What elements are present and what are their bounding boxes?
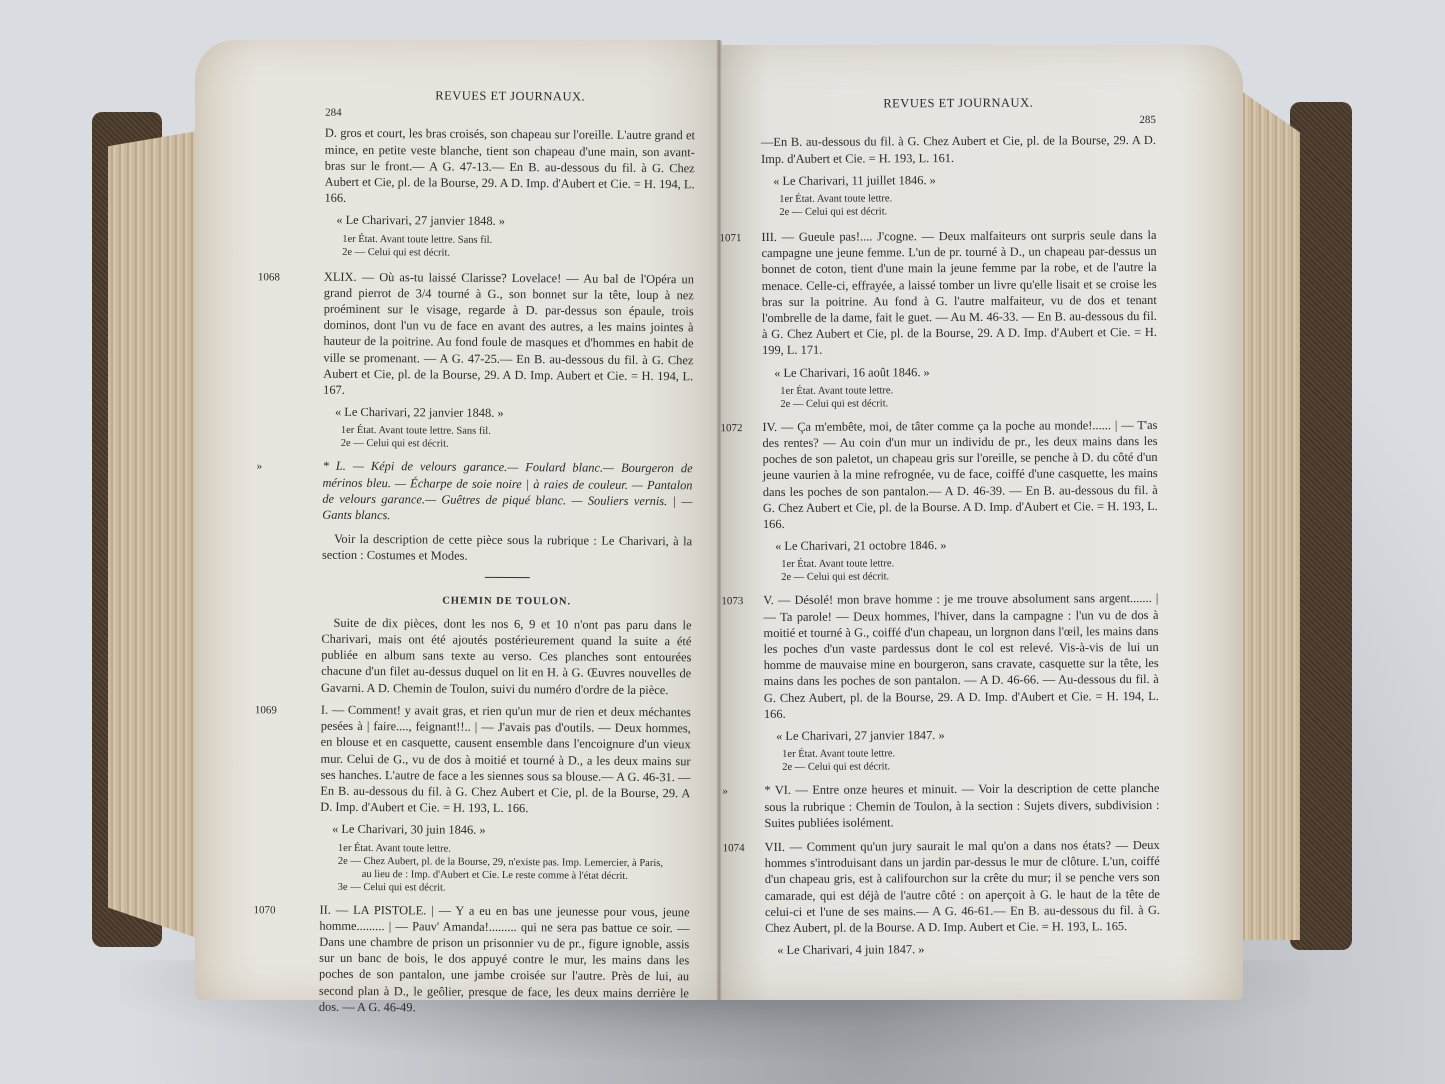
running-header: REVUES ET JOURNAUX. (761, 94, 1156, 112)
entry-number: 1070 (253, 902, 275, 918)
see-also-note: Voir la description de cette pièce sous … (322, 531, 692, 566)
entry-text: I. — Comment! y avait gras, et rien qu'u… (320, 702, 691, 818)
entry-text: * L. — Képi de velours garance.— Foulard… (322, 458, 692, 525)
page-number: 285 (761, 112, 1156, 130)
entry-text: * VI. — Entre onze heures et minuit. — V… (764, 780, 1159, 831)
catalogue-entry-1071: 1071 III. — Gueule pas!.... J'cogne. — D… (761, 227, 1157, 411)
entry-number: 1068 (258, 269, 280, 285)
running-header: REVUES ET JOURNAUX. (325, 87, 695, 106)
entry-number: 1071 (719, 230, 741, 246)
entry-text: V. — Désolé! mon brave homme : je me tro… (763, 590, 1159, 722)
catalogue-entry-VI: » * VI. — Entre onze heures et minuit. —… (764, 780, 1159, 831)
page-edges-right (1240, 90, 1300, 940)
state-item: 2e — Celui qui est décrit. (764, 759, 1159, 774)
entry-number: 1073 (721, 594, 743, 610)
catalogue-entry-1069: 1069 I. — Comment! y avait gras, et rien… (320, 702, 691, 896)
book-gutter (716, 40, 722, 1000)
page-edges-left (108, 130, 203, 940)
state-item: 3e — Celui qui est décrit. (320, 880, 690, 896)
entry-text: II. — LA PISTOLE. | — Y a eu en bas une … (319, 901, 690, 1017)
entry-text: III. — Gueule pas!.... J'cogne. — Deux m… (761, 227, 1157, 359)
page-number: 284 (325, 105, 695, 124)
catalogue-entry-1074: 1074 VII. — Comment qu'un jury saurait l… (765, 837, 1161, 958)
states-list: 1er État. Avant toute lettre. 2e — Celui… (761, 191, 1156, 219)
state-item: 2e — Celui qui est décrit. (761, 204, 1156, 219)
left-page: REVUES ET JOURNAUX. 284 D. gros et court… (195, 40, 722, 1000)
publication-quote: « Le Charivari, 11 juillet 1846. » (761, 171, 1156, 189)
entry-number: 1074 (723, 840, 745, 856)
publication-quote: « Le Charivari, 4 juin 1847. » (765, 940, 1160, 958)
continuation-text: D. gros et court, les bras croisés, son … (324, 125, 695, 209)
entry-number: 1072 (720, 420, 742, 436)
publication-quote: « Le Charivari, 21 octobre 1846. » (763, 536, 1158, 554)
section-title: CHEMIN DE TOULON. (322, 592, 692, 611)
catalogue-entry-1068: 1068 XLIX. — Où as-tu laissé Clarisse? L… (323, 268, 694, 452)
continuation-text: —En B. au-dessous du fil. à G. Chez Aube… (761, 132, 1156, 166)
entry-number: » (722, 784, 728, 800)
section-divider (484, 577, 529, 578)
entry-number: 1069 (255, 702, 277, 718)
entry-text: IV. — Ça m'embête, moi, de tâter comme ç… (762, 417, 1158, 532)
publication-quote: « Le Charivari, 30 juin 1846. » (320, 821, 690, 840)
right-page: REVUES ET JOURNAUX. 285 —En B. au-dessou… (718, 45, 1243, 1000)
state-item: 2e — Celui qui est décrit. (323, 437, 693, 453)
publication-quote: « Le Charivari, 27 janvier 1847. » (764, 726, 1159, 744)
section-intro: Suite de dix pièces, dont les nos 6, 9 e… (321, 615, 692, 699)
states-list: 1er État. Avant toute lettre. Sans fil. … (324, 232, 694, 261)
publication-quote: « Le Charivari, 22 janvier 1848. » (323, 404, 693, 423)
left-page-text: REVUES ET JOURNAUX. 284 D. gros et court… (319, 87, 696, 1025)
publication-quote: « Le Charivari, 27 janvier 1848. » (324, 212, 694, 231)
catalogue-entry-1073: 1073 V. — Désolé! mon brave homme : je m… (763, 590, 1159, 774)
state-item: 2e — Celui qui est décrit. (762, 396, 1157, 411)
state-item: 2e — Celui qui est décrit. (763, 569, 1158, 584)
right-page-text: REVUES ET JOURNAUX. 285 —En B. au-dessou… (761, 94, 1161, 966)
state-item: 2e — Celui qui est décrit. (324, 245, 694, 261)
catalogue-entry-1072: 1072 IV. — Ça m'embête, moi, de tâter co… (762, 417, 1158, 585)
catalogue-entry-L: » * L. — Képi de velours garance.— Foula… (322, 458, 692, 525)
catalogue-entry-1070: 1070 II. — LA PISTOLE. | — Y a eu en bas… (319, 901, 690, 1017)
publication-quote: « Le Charivari, 16 août 1846. » (762, 363, 1157, 381)
entry-text: VII. — Comment qu'un jury saurait le mal… (765, 837, 1161, 936)
entry-text: XLIX. — Où as-tu laissé Clarisse? Lovela… (323, 268, 694, 400)
entry-number: » (257, 459, 263, 475)
